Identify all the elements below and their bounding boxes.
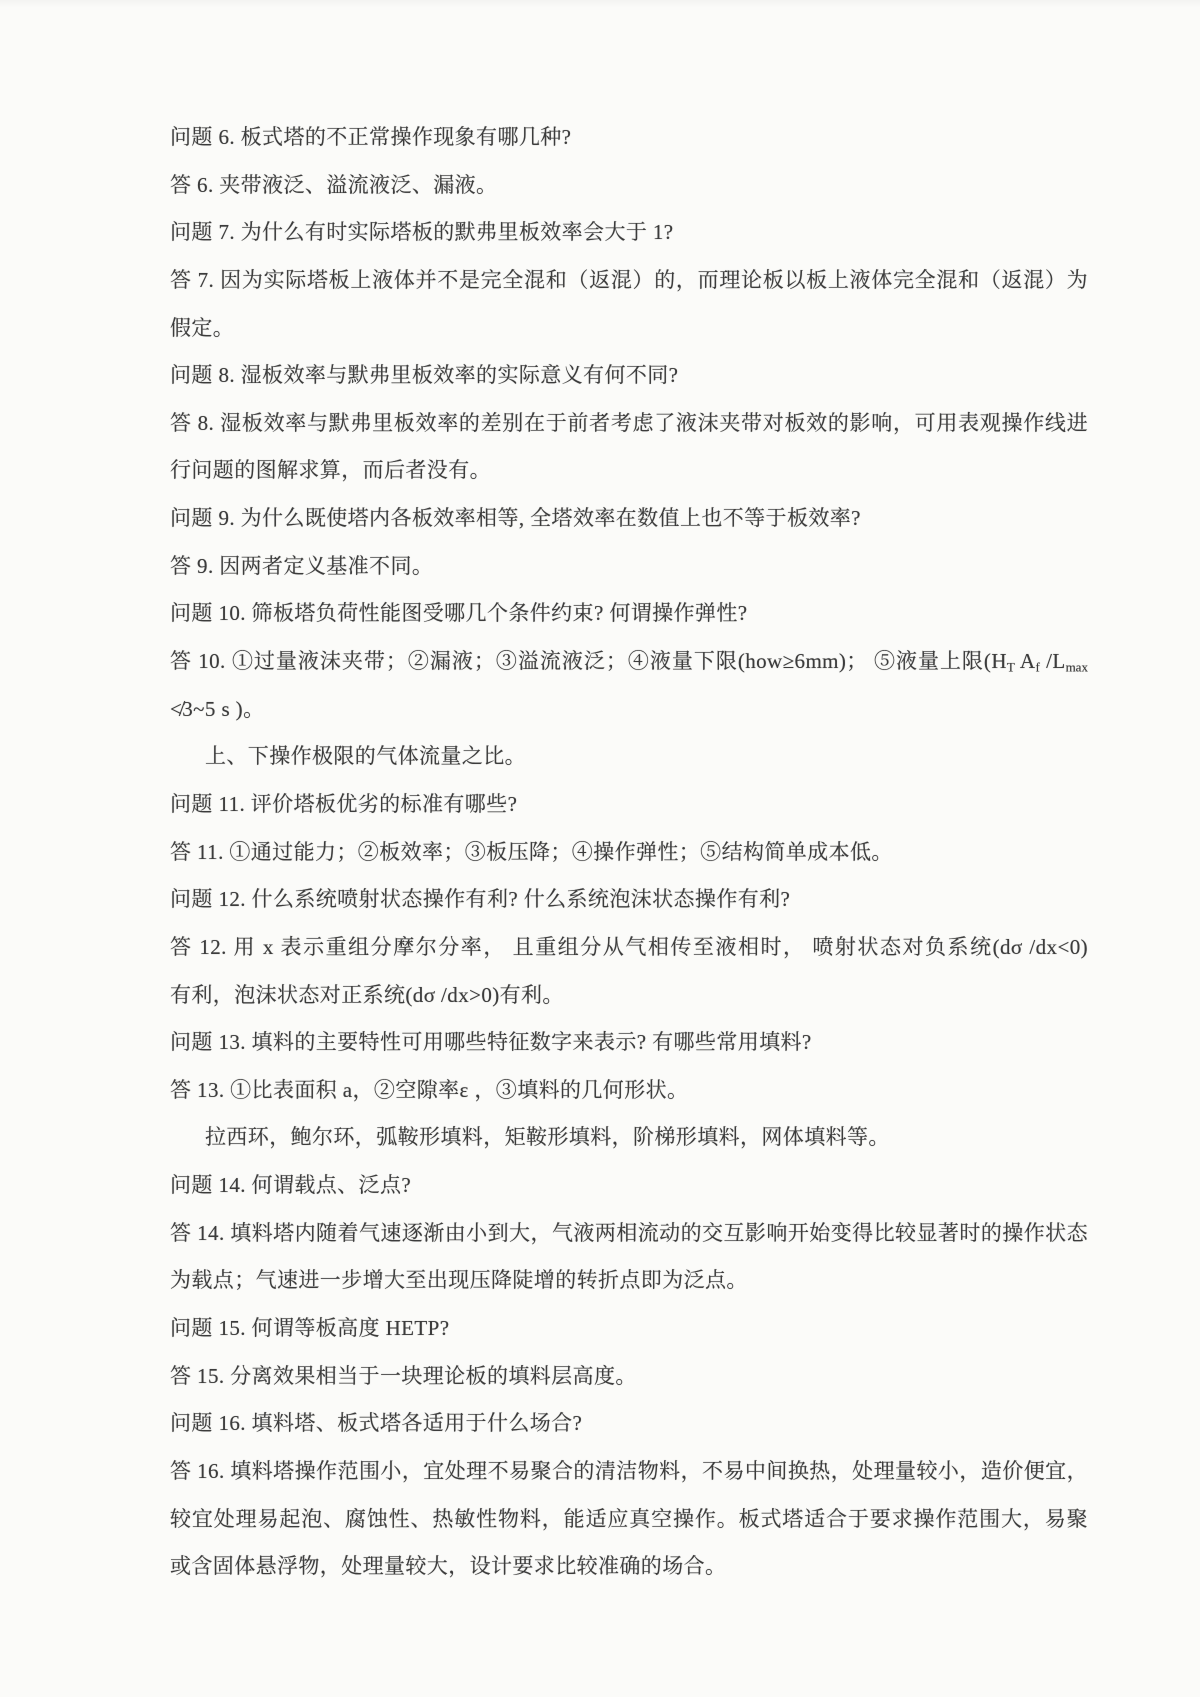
line-a10-cont: ≮3~5 s )。 xyxy=(170,686,1088,734)
line-q16: 问题 16. 填料塔、板式塔各适用于什么场合? xyxy=(170,1400,1088,1448)
subscript-max: max xyxy=(1066,660,1088,675)
line-q13: 问题 13. 填料的主要特性可用哪些特征数字来表示? 有哪些常用填料? xyxy=(170,1019,1088,1067)
line-q10: 问题 10. 筛板塔负荷性能图受哪几个条件约束? 何谓操作弹性? xyxy=(170,590,1088,638)
document-page: 问题 6. 板式塔的不正常操作现象有哪几种? 答 6. 夹带液泛、溢流液泛、漏液… xyxy=(0,0,1200,1697)
line-q6: 问题 6. 板式塔的不正常操作现象有哪几种? xyxy=(170,114,1088,162)
line-q15: 问题 15. 何谓等板高度 HETP? xyxy=(170,1305,1088,1353)
line-a12: 答 12. 用 x 表示重组分摩尔分率， 且重组分从气相传至液相时， 喷射状态对… xyxy=(170,924,1088,972)
line-a16-cont2: 或含固体悬浮物，处理量较大，设计要求比较准确的场合。 xyxy=(170,1543,1088,1591)
line-a10: 答 10. ①过量液沫夹带；②漏液；③溢流液泛；④液量下限(how≥6mm)； … xyxy=(170,638,1088,686)
subscript-T: T xyxy=(1007,660,1015,675)
line-a14: 答 14. 填料塔内随着气速逐渐由小到大，气液两相流动的交互影响开始变得比较显著… xyxy=(170,1210,1088,1258)
line-a8-cont: 行问题的图解求算，而后者没有。 xyxy=(170,447,1088,495)
line-a14-cont: 为载点；气速进一步增大至出现压降陡增的转折点即为泛点。 xyxy=(170,1257,1088,1305)
qa-text-block: 问题 6. 板式塔的不正常操作现象有哪几种? 答 6. 夹带液泛、溢流液泛、漏液… xyxy=(170,114,1088,1591)
line-a6: 答 6. 夹带液泛、溢流液泛、漏液。 xyxy=(170,162,1088,210)
line-q11: 问题 11. 评价塔板优劣的标准有哪些? xyxy=(170,781,1088,829)
line-a15: 答 15. 分离效果相当于一块理论板的填料层高度。 xyxy=(170,1353,1088,1401)
line-a13-note: 拉西环，鲍尔环，弧鞍形填料，矩鞍形填料，阶梯形填料，网体填料等。 xyxy=(170,1114,1088,1162)
line-a11: 答 11. ①通过能力；②板效率；③板压降；④操作弹性；⑤结构简单成本低。 xyxy=(170,829,1088,877)
line-a16: 答 16. 填料塔操作范围小，宜处理不易聚合的清洁物料，不易中间换热，处理量较小… xyxy=(170,1448,1088,1496)
line-a7-cont: 假定。 xyxy=(170,305,1088,353)
line-q8: 问题 8. 湿板效率与默弗里板效率的实际意义有何不同? xyxy=(170,352,1088,400)
line-a16-cont: 较宜处理易起泡、腐蚀性、热敏性物料，能适应真空操作。板式塔适合于要求操作范围大，… xyxy=(170,1496,1088,1544)
line-q7: 问题 7. 为什么有时实际塔板的默弗里板效率会大于 1? xyxy=(170,209,1088,257)
line-q9: 问题 9. 为什么既使塔内各板效率相等, 全塔效率在数值上也不等于板效率? xyxy=(170,495,1088,543)
line-a9: 答 9. 因两者定义基准不同。 xyxy=(170,543,1088,591)
line-q12: 问题 12. 什么系统喷射状态操作有利? 什么系统泡沫状态操作有利? xyxy=(170,876,1088,924)
line-a13: 答 13. ①比表面积 a，②空隙率ε ，③填料的几何形状。 xyxy=(170,1067,1088,1115)
line-a7: 答 7. 因为实际塔板上液体并不是完全混和（返混）的，而理论板以板上液体完全混和… xyxy=(170,257,1088,305)
line-a8: 答 8. 湿板效率与默弗里板效率的差别在于前者考虑了液沫夹带对板效的影响，可用表… xyxy=(170,400,1088,448)
line-a10-note: 上、下操作极限的气体流量之比。 xyxy=(170,733,1088,781)
line-q14: 问题 14. 何谓载点、泛点? xyxy=(170,1162,1088,1210)
line-a12-cont: 有利，泡沫状态对正系统(dσ /dx>0)有利。 xyxy=(170,972,1088,1020)
